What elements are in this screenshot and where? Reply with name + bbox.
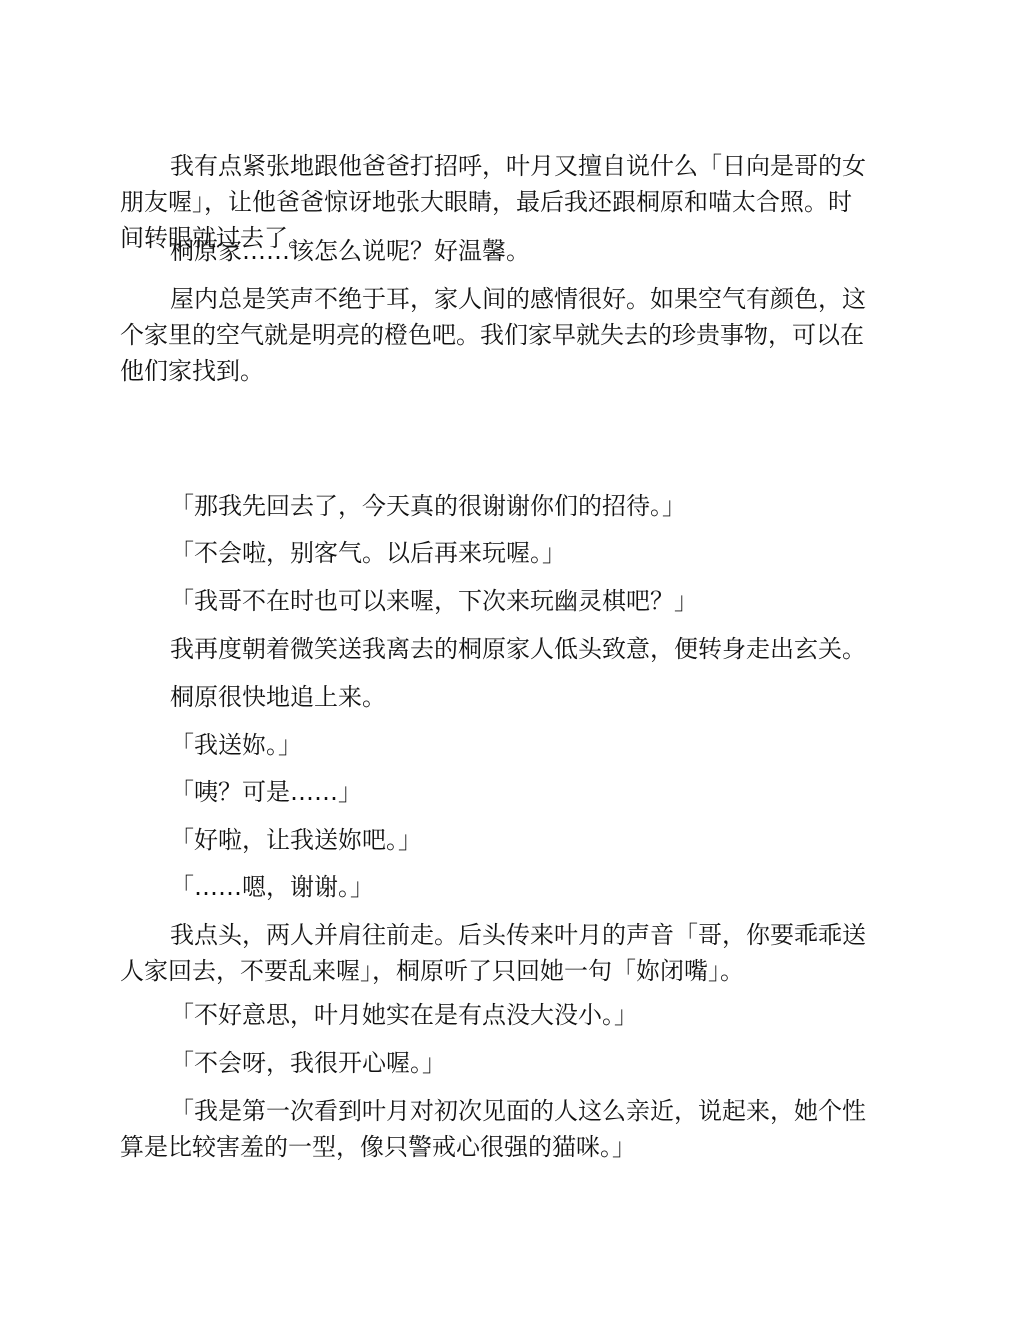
text-line: 屋内总是笑声不绝于耳，家人间的感情很好。如果空气有颜色，这	[120, 281, 910, 317]
text-line: 我有点紧张地跟他爸爸打招呼，叶月又擅自说什么「日向是哥的女	[120, 148, 910, 184]
text-line: 桐原很快地追上来。	[120, 679, 910, 715]
dialogue-line: 「我送妳。」	[120, 727, 910, 763]
dialogue-line: 「我哥不在时也可以来喔，下次来玩幽灵棋吧？」	[120, 583, 910, 619]
dialogue-line: 「咦？可是……」	[120, 774, 910, 810]
text-line: 「我送妳。」	[120, 727, 910, 763]
paragraph: 我点头，两人并肩往前走。后头传来叶月的声音「哥，你要乖乖送 人家回去，不要乱来喔…	[120, 917, 910, 989]
text-line: 「咦？可是……」	[120, 774, 910, 810]
text-line: 「不会呀，我很开心喔。」	[120, 1045, 910, 1081]
text-line: 算是比较害羞的一型，像只警戒心很强的猫咪。」	[120, 1129, 910, 1165]
dialogue-line: 「……嗯，谢谢。」	[120, 869, 910, 905]
paragraph: 桐原很快地追上来。	[120, 679, 910, 715]
text-line: 我点头，两人并肩往前走。后头传来叶月的声音「哥，你要乖乖送	[120, 917, 910, 953]
text-line: 「我哥不在时也可以来喔，下次来玩幽灵棋吧？」	[120, 583, 910, 619]
dialogue-line: 「好啦，让我送妳吧。」	[120, 822, 910, 858]
text-line: 他们家找到。	[120, 353, 910, 389]
text-line: 「好啦，让我送妳吧。」	[120, 822, 910, 858]
text-line: 人家回去，不要乱来喔」，桐原听了只回她一句「妳闭嘴」。	[120, 953, 910, 989]
dialogue-line: 「不好意思，叶月她实在是有点没大没小。」	[120, 997, 910, 1033]
text-line: 个家里的空气就是明亮的橙色吧。我们家早就失去的珍贵事物，可以在	[120, 317, 910, 353]
dialogue-line: 「不会呀，我很开心喔。」	[120, 1045, 910, 1081]
dialogue-line: 「那我先回去了，今天真的很谢谢你们的招待。」	[120, 488, 910, 524]
paragraph: 桐原家……该怎么说呢？好温馨。	[120, 233, 910, 269]
text-line: 「……嗯，谢谢。」	[120, 869, 910, 905]
text-line: 桐原家……该怎么说呢？好温馨。	[120, 233, 910, 269]
text-line: 「我是第一次看到叶月对初次见面的人这么亲近，说起来，她个性	[120, 1093, 910, 1129]
text-line: 「不好意思，叶月她实在是有点没大没小。」	[120, 997, 910, 1033]
document-page: 我有点紧张地跟他爸爸打招呼，叶月又擅自说什么「日向是哥的女 朋友喔」，让他爸爸惊…	[0, 0, 1020, 1320]
paragraph: 屋内总是笑声不绝于耳，家人间的感情很好。如果空气有颜色，这 个家里的空气就是明亮…	[120, 281, 910, 389]
dialogue-line: 「我是第一次看到叶月对初次见面的人这么亲近，说起来，她个性 算是比较害羞的一型，…	[120, 1093, 910, 1165]
dialogue-line: 「不会啦，别客气。以后再来玩喔。」	[120, 535, 910, 571]
paragraph: 我再度朝着微笑送我离去的桐原家人低头致意，便转身走出玄关。	[120, 631, 910, 667]
text-line: 「那我先回去了，今天真的很谢谢你们的招待。」	[120, 488, 910, 524]
text-line: 朋友喔」，让他爸爸惊讶地张大眼睛，最后我还跟桐原和喵太合照。时	[120, 184, 910, 220]
text-line: 「不会啦，别客气。以后再来玩喔。」	[120, 535, 910, 571]
text-line: 我再度朝着微笑送我离去的桐原家人低头致意，便转身走出玄关。	[120, 631, 910, 667]
